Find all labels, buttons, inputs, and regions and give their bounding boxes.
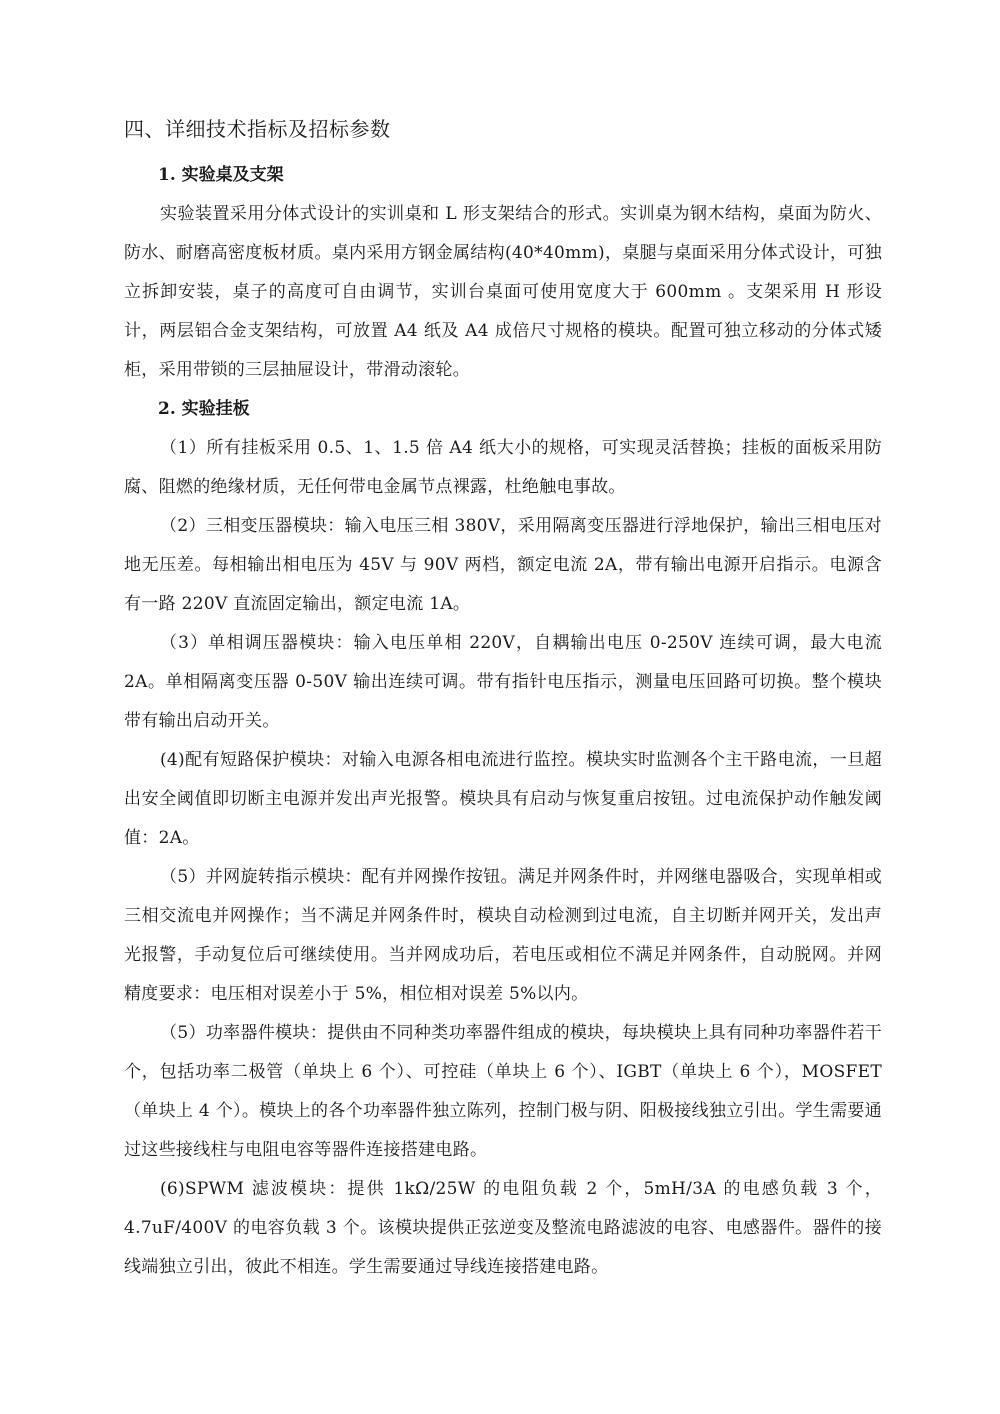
paragraph-desk: 实验装置采用分体式设计的实训桌和 L 形支架结合的形式。实训桌为钢木结构，桌面为… <box>124 195 882 390</box>
paragraph-single-phase-regulator: （3）单相调压器模块：输入电压单相 220V，自耦输出电压 0-250V 连续可… <box>124 624 882 741</box>
paragraph-grid-connection: （5）并网旋转指示模块：配有并网操作按钮。满足并网条件时，并网继电器吸合，实现单… <box>124 858 882 1014</box>
paragraph-spwm-filter: (6)SPWM 滤波模块：提供 1kΩ/25W 的电阻负载 2 个，5mH/3A… <box>124 1170 882 1287</box>
section-title: 四、详细技术指标及招标参数 <box>124 112 882 146</box>
paragraph-power-devices: （5）功率器件模块：提供由不同种类功率器件组成的模块，每块模块上具有同种功率器件… <box>124 1014 882 1170</box>
paragraph-short-circuit-protection: (4)配有短路保护模块：对输入电源各相电流进行监控。模块实时监测各个主干路电流，… <box>124 741 882 858</box>
subsection-title-panels: 2. 实验挂板 <box>124 390 882 429</box>
paragraph-panel-spec: （1）所有挂板采用 0.5、1、1.5 倍 A4 纸大小的规格，可实现灵活替换；… <box>124 429 882 507</box>
document-page: 四、详细技术指标及招标参数 1. 实验桌及支架 实验装置采用分体式设计的实训桌和… <box>124 112 882 1287</box>
subsection-title-desk: 1. 实验桌及支架 <box>124 156 882 195</box>
paragraph-three-phase-transformer: （2）三相变压器模块：输入电压三相 380V，采用隔离变压器进行浮地保护，输出三… <box>124 507 882 624</box>
